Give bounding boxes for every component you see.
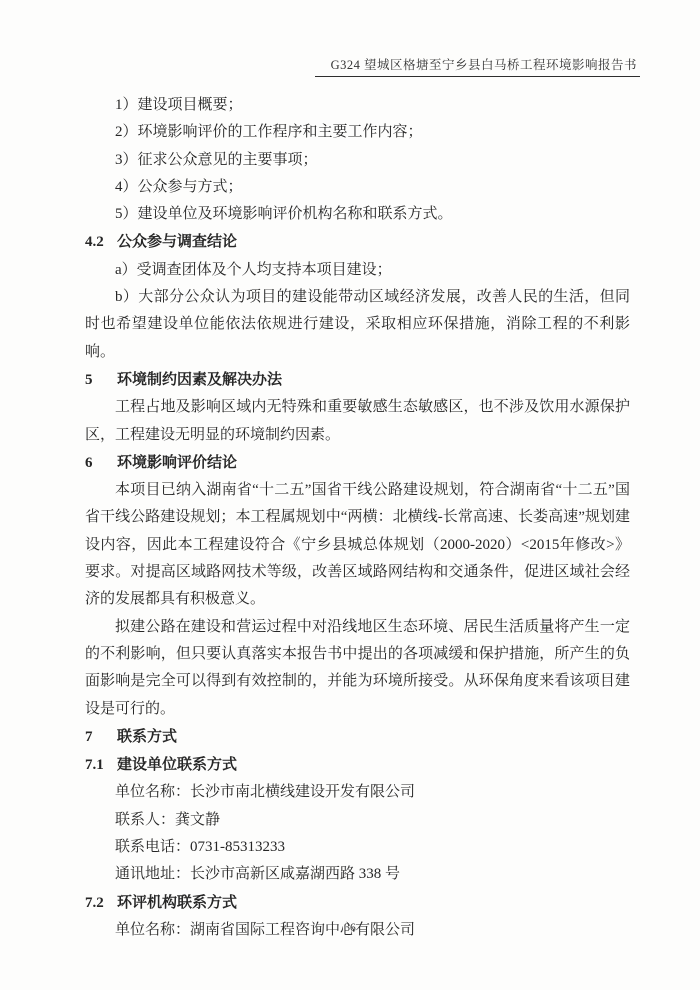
section-title: 建设单位联系方式 <box>117 756 237 773</box>
list-item-2: 2）环境影响评价的工作程序和主要工作内容； <box>85 119 630 146</box>
section-number: 7.1 <box>85 752 117 779</box>
section-heading-6: 6环境影响评价结论 <box>85 449 630 477</box>
running-header: G324 望城区格塘至宁乡县白马桥工程环境影响报告书 <box>0 0 700 77</box>
section-heading-7: 7联系方式 <box>85 723 630 751</box>
section-number: 7 <box>85 724 117 751</box>
constraints-paragraph: 工程占地及影响区域内无特殊和重要敏感生态敏感区，也不涉及饮用水源保护区，工程建设… <box>85 394 630 449</box>
contact-line-person: 联系人：龚文静 <box>85 807 630 834</box>
survey-conclusion-item-b: b）大部分公众认为项目的建设能带动区域经济发展，改善人民的生活，但同时也希望建设… <box>85 284 630 366</box>
section-number: 5 <box>85 367 117 394</box>
page-footer: 36 <box>0 922 700 934</box>
list-item-4: 4）公众参与方式； <box>85 174 630 201</box>
section-title: 环境制约因素及解决办法 <box>117 371 282 388</box>
page-number: 36 <box>344 922 356 934</box>
contact-line-phone: 联系电话：0731-85313233 <box>85 834 630 861</box>
contact-line-address: 通讯地址：长沙市高新区咸嘉湖西路 338 号 <box>85 861 630 888</box>
list-item-1: 1）建设项目概要； <box>85 92 630 119</box>
section-heading-7-1: 7.1建设单位联系方式 <box>85 751 630 779</box>
list-item-5: 5）建设单位及环境影响评价机构名称和联系方式。 <box>85 201 630 228</box>
section-number: 4.2 <box>85 229 117 256</box>
section-heading-4-2: 4.2公众参与调查结论 <box>85 228 630 256</box>
section-title: 环境影响评价结论 <box>117 454 237 471</box>
document-body: 1）建设项目概要； 2）环境影响评价的工作程序和主要工作内容； 3）征求公众意见… <box>85 92 630 944</box>
list-item-3: 3）征求公众意见的主要事项； <box>85 147 630 174</box>
section-heading-5: 5环境制约因素及解决办法 <box>85 366 630 394</box>
section-title: 环评机构联系方式 <box>117 894 237 911</box>
document-page: G324 望城区格塘至宁乡县白马桥工程环境影响报告书 1）建设项目概要； 2）环… <box>0 0 700 990</box>
section-number: 6 <box>85 450 117 477</box>
section-title: 联系方式 <box>117 728 177 745</box>
survey-conclusion-item-a: a）受调查团体及个人均支持本项目建设； <box>85 257 630 284</box>
running-header-title: G324 望城区格塘至宁乡县白马桥工程环境影响报告书 <box>315 58 640 77</box>
contact-line-unit-name: 单位名称：长沙市南北横线建设开发有限公司 <box>85 779 630 806</box>
section-number: 7.2 <box>85 890 117 917</box>
conclusion-paragraph-1: 本项目已纳入湖南省“十二五”国省干线公路建设规划，符合湖南省“十二五”国省干线公… <box>85 477 630 613</box>
conclusion-paragraph-2: 拟建公路在建设和营运过程中对沿线地区生态环境、居民生活质量将产生一定的不利影响，… <box>85 614 630 723</box>
section-title: 公众参与调查结论 <box>117 233 237 250</box>
section-heading-7-2: 7.2环评机构联系方式 <box>85 889 630 917</box>
